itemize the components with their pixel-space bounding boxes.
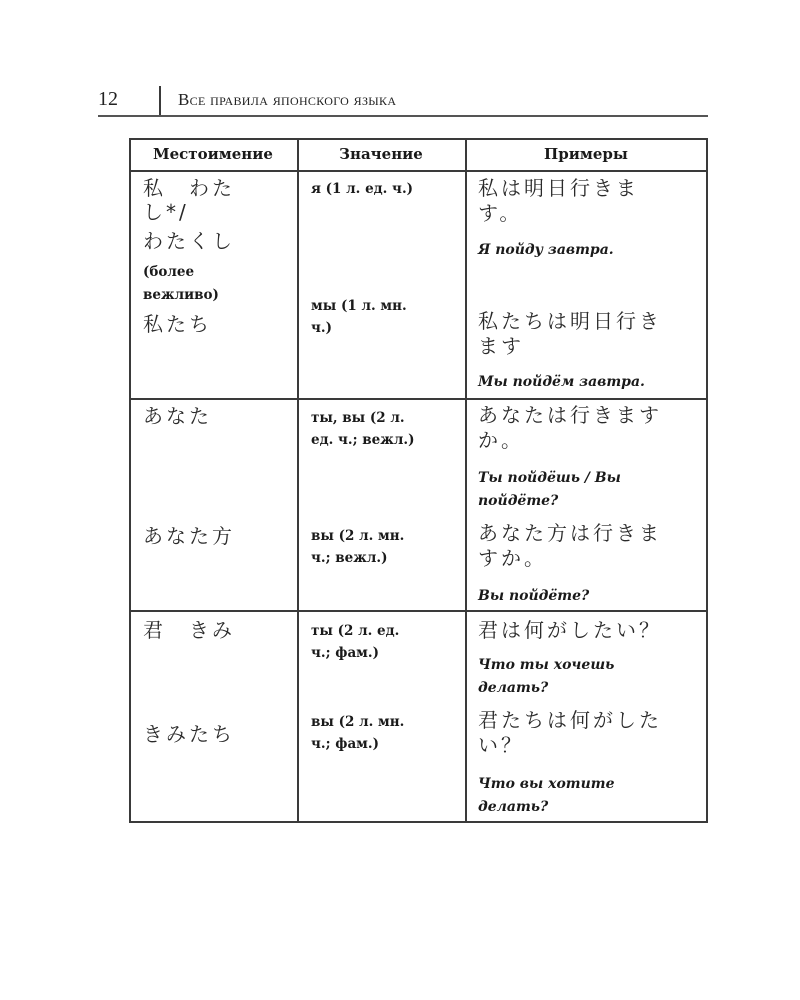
example-japanese: 私たちは明日行き [478,309,662,334]
meaning-text: ты (2 л. ед. [311,620,399,642]
table-border-bottom [129,821,708,823]
example-translation: Мы пойдём завтра. [478,371,645,393]
example-japanese: ます [478,334,524,359]
pronoun-kimitachi: きみたち [143,722,235,747]
example-japanese: 君は何がしたい？ [478,618,662,643]
header-separator [159,86,161,117]
column-header-meaning: Значение [297,145,465,163]
pronoun-watakushi: わたくし [143,229,235,254]
pronoun-watashitachi: 私たち [143,312,212,337]
table-column-divider [465,138,467,823]
table-row-divider [129,610,708,612]
example-translation: делать? [478,796,548,818]
table-column-divider [297,138,299,823]
pronoun-kimi: 君 きみ [143,618,235,643]
example-translation: пойдёте? [478,490,558,512]
meaning-text: вы (2 л. мн. [311,711,404,733]
example-translation: делать? [478,677,548,699]
example-japanese: すか。 [478,546,547,571]
example-japanese: あなた方は行きま [478,521,662,546]
table-border-right [706,138,708,823]
example-japanese: 君たちは何がした [478,708,662,733]
pronoun-note-cont: вежливо) [143,284,219,306]
meaning-text: ч.; вежл.) [311,547,387,569]
meaning-text: ч.; фам.) [311,642,379,664]
table-border-top [129,138,708,140]
example-japanese: い？ [478,733,524,758]
pronoun-watashi-cont: し*/ [143,200,189,225]
pronoun-watashi: 私 わた [143,176,235,201]
example-translation: Я пойду завтра. [478,239,614,261]
table-row-divider [129,398,708,400]
meaning-text: вы (2 л. мн. [311,525,404,547]
header-rule [98,115,708,117]
column-header-pronoun: Местоимение [129,145,297,163]
column-header-examples: Примеры [465,145,707,163]
example-translation: Что вы хотите [478,773,615,795]
running-title: Все правила японского языка [178,90,396,110]
pronoun-anata: あなた [143,404,212,429]
table-header-divider [129,170,708,172]
pronoun-note: (более [143,261,194,283]
page-number: 12 [98,88,118,111]
example-japanese: か。 [478,428,524,453]
table-border-left [129,138,131,823]
example-japanese: 私は明日行きま [478,176,639,201]
meaning-text: мы (1 л. мн. [311,295,407,317]
meaning-text: ед. ч.; вежл.) [311,429,414,451]
pronoun-anatagata: あなた方 [143,524,235,549]
meaning-text: ч.) [311,317,332,339]
meaning-text: ты, вы (2 л. [311,407,405,429]
example-translation: Что ты хочешь [478,654,614,676]
example-japanese: あなたは行きます [478,403,662,428]
example-translation: Вы пойдёте? [478,585,589,607]
meaning-text: ч.; фам.) [311,733,379,755]
meaning-text: я (1 л. ед. ч.) [311,178,413,200]
example-japanese: す。 [478,201,522,226]
example-translation: Ты пойдёшь / Вы [478,467,621,489]
